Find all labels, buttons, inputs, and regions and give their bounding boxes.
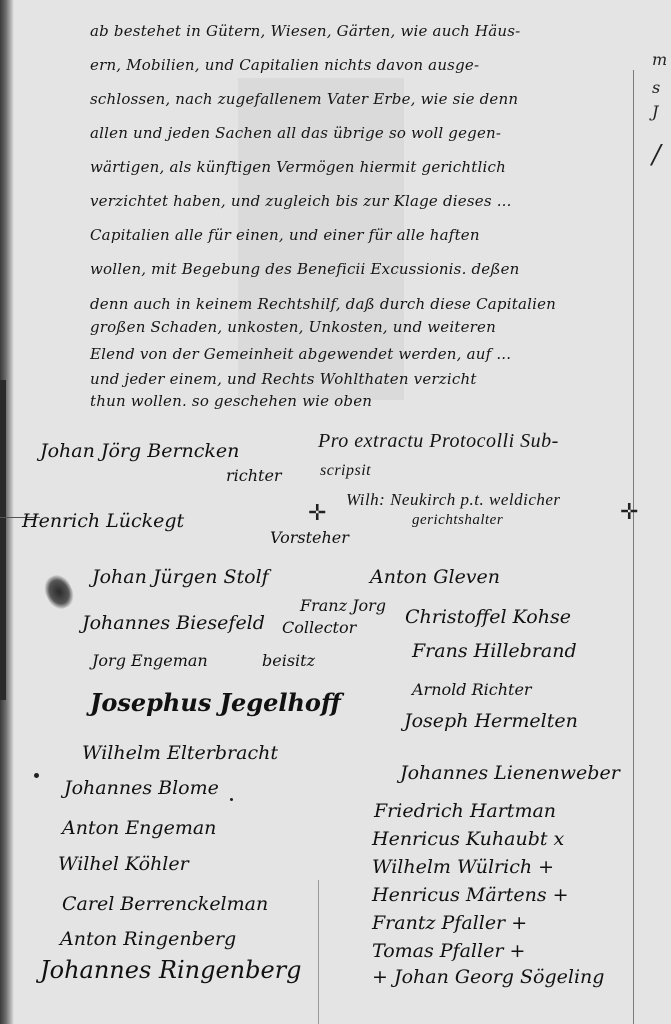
signature: Johannes Lienenweber [400,762,620,784]
ink-dot [34,773,39,778]
attestation-line: scripsit [320,462,371,480]
signature: Arnold Richter [412,680,532,699]
body-line: verzichtet haben, und zugleich bis zur K… [90,192,512,210]
signature-name: Tomas Pfaller [372,940,503,962]
signature-name: Henrich Lückegt [22,510,184,532]
margin-fragment: / [652,140,661,170]
signature: Wilhel Köhler [58,853,189,875]
body-line: denn auch in keinem Rechtshilf, daß durc… [90,295,556,313]
margin-fragment: J [652,102,658,121]
signature-title: Vorsteher [270,528,349,547]
signature: Johannes Biesefeld [82,612,265,634]
signature: Anton Gleven [370,566,500,588]
body-line: wollen, mit Begebung des Beneficii Excus… [90,260,520,278]
body-line: schlossen, nach zugefallenem Vater Erbe,… [90,90,518,108]
margin-fragment: m [652,50,667,69]
page-binding-shadow [0,380,6,700]
signature: Johannes Ringenberg [40,956,302,984]
signature: Jorg Engeman [92,651,208,670]
signature-name: Frantz Pfaller [372,912,505,934]
signature-name: Johan Georg Sögeling [394,966,604,988]
body-line: allen und jeden Sachen all das übrige so… [90,124,501,142]
body-line: Elend von der Gemeinheit abgewendet werd… [90,345,511,363]
body-line: wärtigen, als künftigen Vermögen hiermit… [90,158,506,176]
attestation-line: Pro extractu Protocolli Sub- [318,430,559,453]
ink-blot [40,571,78,613]
signature: Johannes Blome [64,777,219,799]
body-line: ab bestehet in Gütern, Wiesen, Gärten, w… [90,22,520,40]
cross-mark-icon: + [538,856,554,878]
signature-title: beisitz [262,651,315,670]
signature: Wilhelm Elterbracht [82,742,278,764]
signature: Wilhelm Wülrich + [372,856,554,878]
signature: + Johan Georg Sögeling [372,966,604,988]
signature: Friedrich Hartman [374,800,556,822]
attestation-line: gerichtshalter [412,512,503,529]
signature-name: Henricus Kuhaubt [372,828,548,850]
signature: Frantz Pfaller + [372,912,527,934]
crosshair-mark-icon: ✛ [308,503,326,525]
signature-name: Friedrich Hartman [374,800,556,822]
margin-fragment: s [652,78,660,97]
signature-name: Wilhelm Wülrich [372,856,532,878]
crosshair-mark-icon: ✛ [620,502,638,524]
cross-mark-icon: + [372,966,388,988]
body-line: und jeder einem, und Rechts Wohlthaten v… [90,370,477,388]
signature: Josephus Jegelhoff [90,688,341,717]
signature: Henricus Kuhaubt x [372,828,564,850]
cross-mark-icon: + [553,884,569,906]
signature: Joseph Hermelten [404,710,578,732]
body-line: Capitalien alle für einen, und einer für… [90,226,480,244]
signature: Anton Ringenberg [60,928,236,950]
signature: Johan Jörg Berncken [40,440,239,462]
right-margin-rule [633,70,634,1024]
body-line: thun wollen. so geschehen wie oben [90,392,372,410]
signature: Frans Hillebrand [412,640,577,662]
signature-title: richter [226,466,282,485]
signature: Henricus Märtens + [372,884,569,906]
signature: Carel Berrenckelman [62,893,268,915]
cross-mark-icon: + [509,940,525,962]
signature: Tomas Pfaller + [372,940,525,962]
body-line: großen Schaden, unkosten, Unkosten, und … [90,318,496,336]
ink-dot [230,798,233,801]
center-fold-line [318,880,319,1024]
manuscript-page: ✛ ✛ m s J / ab bestehet in Gütern, Wiese… [0,0,671,1024]
signature-name: Henricus Märtens [372,884,547,906]
cross-mark-icon: x [554,828,565,850]
signature: Christoffel Kohse [405,606,571,628]
signature: Johan Jürgen Stolf [92,566,269,588]
signature-name: Johan Jörg Berncken [40,440,239,462]
signature: Franz Jorg [300,596,386,615]
cross-mark-icon: + [511,912,527,934]
attestation-line: Wilh: Neukirch p.t. weldicher [346,490,561,510]
signature-name: Anton Gleven [370,566,500,588]
signature: Henrich Lückegt [22,510,184,532]
signature-title: Collector [282,618,356,637]
signature: Anton Engeman [62,817,216,839]
body-line: ern, Mobilien, und Capitalien nichts dav… [90,56,479,74]
